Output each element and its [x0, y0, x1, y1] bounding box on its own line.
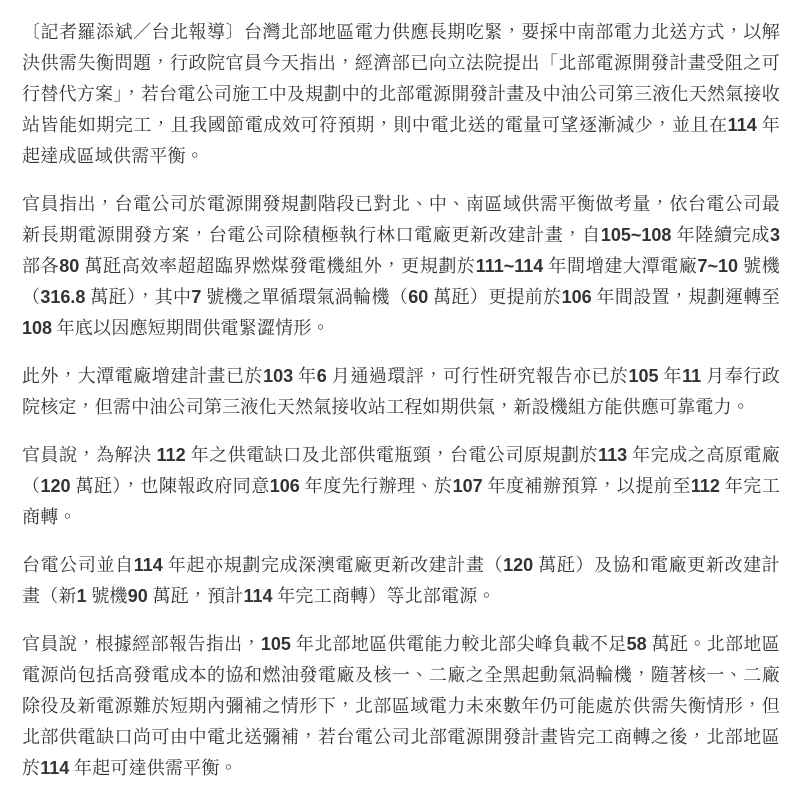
- article-paragraph-6: 官員說，根據經部報告指出，105 年北部地區供電能力較北部尖峰負載不足58 萬瓩…: [22, 629, 780, 784]
- article-body: 〔記者羅添斌／台北報導〕台灣北部地區電力供應長期吃緊，要採中南部電力北送方式，以…: [0, 0, 804, 794]
- byline: 〔記者羅添斌／台北報導〕: [22, 22, 244, 42]
- paragraph-text: 台灣北部地區電力供應長期吃緊，要採中南部電力北送方式，以解決供需失衡問題，行政院…: [22, 22, 780, 166]
- article-paragraph-5: 台電公司並自114 年起亦規劃完成深澳電廠更新改建計畫（120 萬瓩）及協和電廠…: [22, 550, 780, 612]
- article-paragraph-4: 官員說，為解決 112 年之供電缺口及北部供電瓶頸，台電公司原規劃於113 年完…: [22, 440, 780, 533]
- article-paragraph-3: 此外，大潭電廠增建計畫已於103 年6 月通過環評，可行性研究報告亦已於105 …: [22, 361, 780, 423]
- article-paragraph-lead: 〔記者羅添斌／台北報導〕台灣北部地區電力供應長期吃緊，要採中南部電力北送方式，以…: [22, 17, 780, 172]
- article-paragraph-2: 官員指出，台電公司於電源開發規劃階段已對北、中、南區域供需平衡做考量，依台電公司…: [22, 189, 780, 344]
